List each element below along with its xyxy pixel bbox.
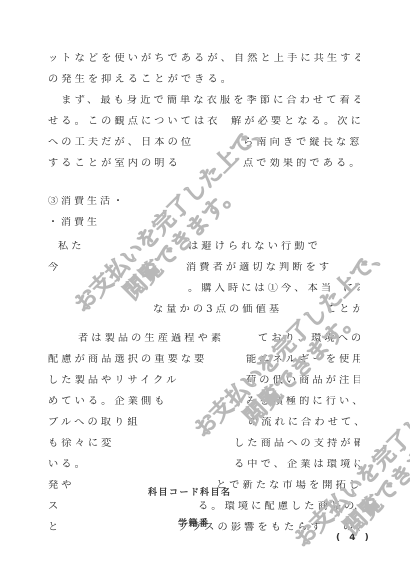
text-segment: は避けられない行動で (188, 241, 321, 253)
sub-heading: ・消費生 (48, 217, 360, 229)
text-segment: 解が必要となる。次に太陽熱 (231, 116, 360, 128)
sub-heading-text: ・消費生 (48, 217, 100, 229)
text-line: ス る。環境に配慮した商品の . (48, 501, 360, 513)
text-line: 私た は避けられない行動で (48, 241, 360, 253)
text-segment: することが室内の明る (48, 158, 181, 170)
text-segment: 。購入時には①今、本当 (188, 283, 334, 295)
text-line: 者は製品の生産過程や素 ており、環境への (48, 333, 360, 345)
text-line: な量かの3点の価値基 ことが大 (48, 304, 360, 316)
text-segment: な量かの3点の価値基 (153, 304, 282, 316)
text-segment: した製品やリサイクル (48, 375, 179, 387)
text-segment: る中で、企業は環境に配 (234, 459, 360, 471)
text-line: 今 消費者が適切な判断をす . (48, 262, 360, 274)
text-segment: ら南向きで縦長な窓を配置 (243, 137, 360, 149)
text-line: することが室内の明る 点で効果的である。 (48, 158, 360, 170)
section-heading-text: ③消費生活・ (48, 196, 126, 208)
text-segment: . (354, 262, 360, 274)
text-line: めている。企業側も みを積極的に行い、サステ (48, 396, 360, 408)
text-segment: ットなどを使いがちであるが、自然と上手に共生することでエネルギー (48, 53, 360, 65)
text-segment: 者は製品の生産過程や素 (78, 333, 224, 345)
text-segment: ブルへの取り組 (48, 417, 141, 429)
text-segment: めている。企業側も (48, 396, 168, 408)
document-page: ットなどを使いがちであるが、自然と上手に共生することでエネルギー の発生を抑える… (0, 0, 410, 580)
text-segment: 消費者が適切な判断をす (186, 262, 332, 274)
text-segment: した商品への支持が確実 (234, 438, 360, 450)
text-segment: 能エネルギーを使用 (246, 354, 360, 366)
text-segment: 点で効果的である。 (243, 158, 360, 170)
text-segment: いる。 (48, 459, 88, 471)
text-segment: ており、環境への (258, 333, 360, 345)
text-segment: せる。この観点については衣 (48, 116, 221, 128)
text-line: ットなどを使いがちであるが、自然と上手に共生することでエネルギー (48, 53, 360, 65)
text-segment: ス (48, 501, 61, 513)
text-segment: 配慮が商品選択の重要な要 (48, 354, 207, 366)
text-line: も徐々に変 した商品への支持が確実 (48, 438, 360, 450)
text-segment: にあ (343, 283, 360, 295)
text-line: 。購入時には①今、本当 にあ (48, 283, 360, 295)
text-line: いる。 る中で、企業は環境に配 (48, 459, 360, 471)
text-line: の発生を抑えることができる。 (48, 74, 360, 86)
text-segment: への工夫だが、日本の位 (48, 137, 194, 149)
text-segment: . (354, 501, 360, 513)
text-segment: も徐々に変 (48, 438, 114, 450)
text-segment: の流れに合わせて、消費者 (248, 417, 360, 429)
text-line: した製品やリサイクル 荷の低い商品が注目を集 (48, 375, 360, 387)
text-segment: とで新たな市場を開拓し、 (216, 480, 360, 492)
text-line: 配慮が商品選択の重要な要 能エネルギーを使用 (48, 354, 360, 366)
text-line: への工夫だが、日本の位 ら南向きで縦長な窓を配置 (48, 137, 360, 149)
section-heading: ③消費生活・ (48, 196, 360, 208)
text-line: ブルへの取り組 の流れに合わせて、消費者 (48, 417, 360, 429)
text-segment: 荷の低い商品が注目を集 (246, 375, 360, 387)
text-segment: と (48, 522, 61, 534)
text-segment: の発生を抑えることができる。 (48, 74, 234, 86)
text-segment: まず、最も身近で簡単な衣服を季節に合わせて着ることで快適に過ご (48, 95, 360, 107)
text-segment: 今 (48, 262, 61, 274)
page-number: ( 4 ) (336, 533, 372, 543)
text-segment: 私た (58, 241, 85, 253)
text-segment: 発や (48, 480, 75, 492)
text-segment: みを積極的に行い、サステ (246, 396, 360, 408)
text-segment: ことが大 (326, 304, 360, 316)
text-segment: る。環境に配慮した商品の (198, 501, 357, 513)
text-line: まず、最も身近で簡単な衣服を季節に合わせて着ることで快適に過ご (48, 95, 360, 107)
subject-code-label: 科目コード (148, 485, 201, 498)
student-id-label: 学籍番 (178, 516, 210, 529)
text-line: せる。この観点については衣 解が必要となる。次に太陽熱 (48, 116, 360, 128)
subject-name-label: 科目名 (200, 485, 232, 498)
